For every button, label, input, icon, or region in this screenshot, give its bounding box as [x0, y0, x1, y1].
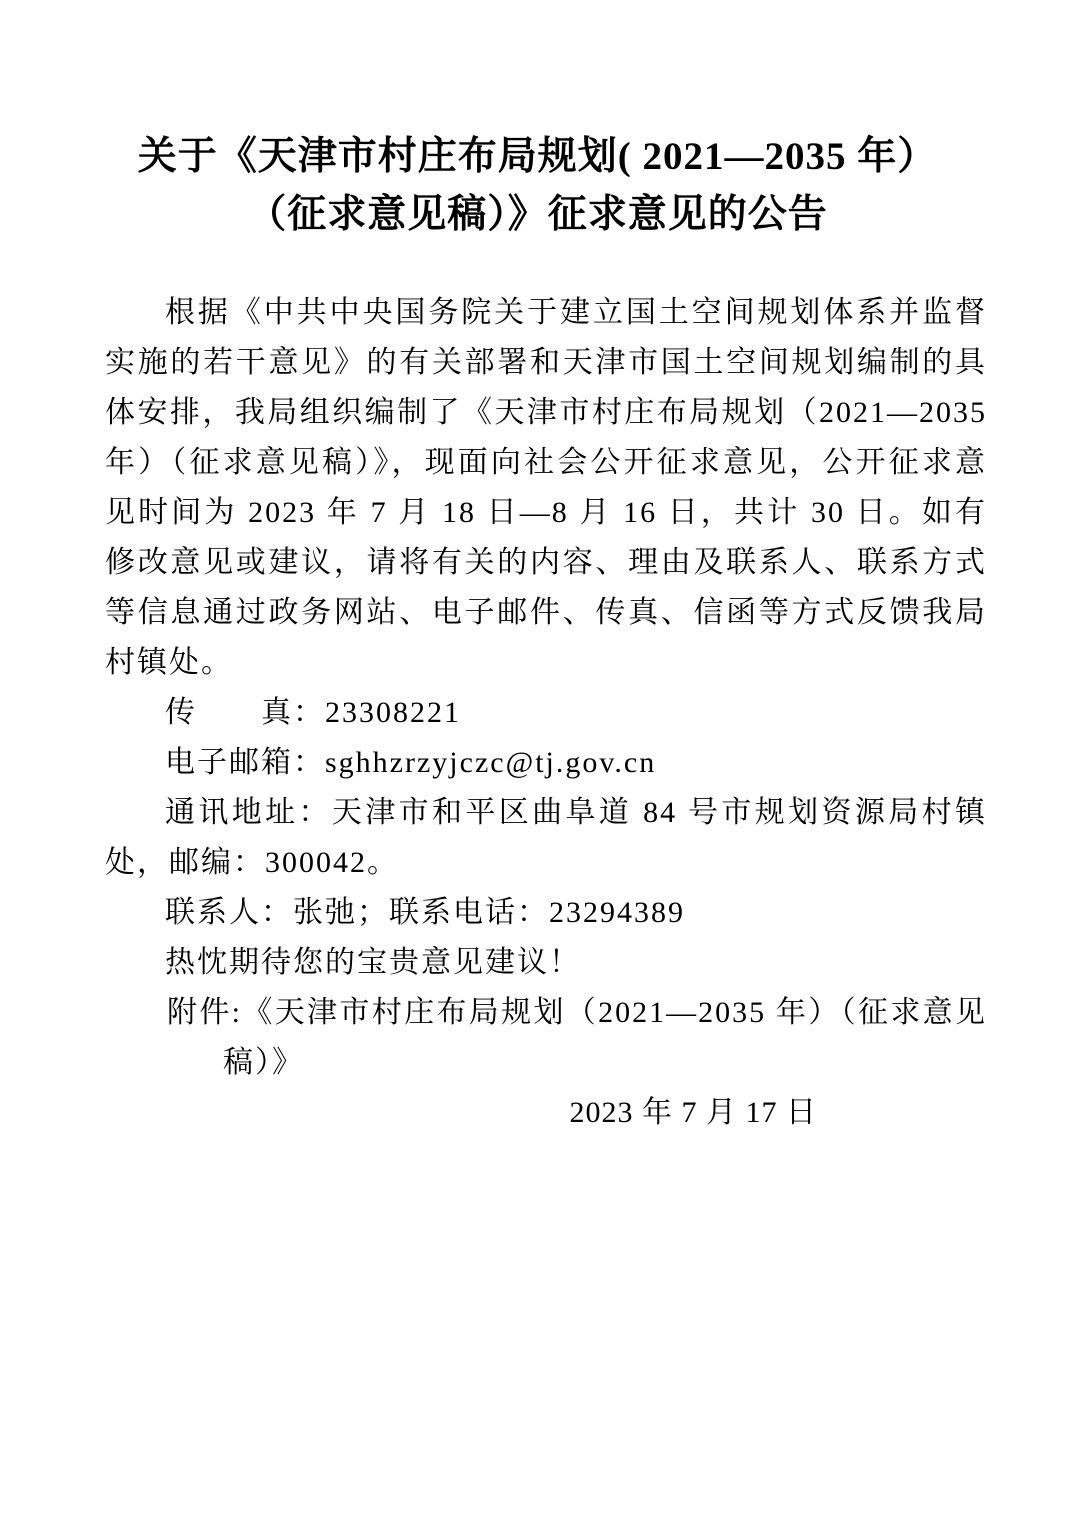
page-title: 关于《天津市村庄布局规划( 2021—2035 年） （征求意见稿）》征求意见的…: [0, 0, 1075, 244]
address-line: 通讯地址：天津市和平区曲阜道 84 号市规划资源局村镇处，邮编：300042。: [105, 788, 987, 888]
fax-label: 传 真：: [165, 696, 325, 729]
contact-line: 联系人：张弛；联系电话：23294389: [105, 888, 987, 938]
attachment-line: 附件:《天津市村庄布局规划（2021—2035 年）（征求意见稿）》: [105, 988, 987, 1088]
closing-line: 热忱期待您的宝贵意见建议！: [105, 938, 987, 988]
contact-phone-value: 23294389: [549, 896, 685, 929]
signature-date: 2023 年 7 月 17 日: [105, 1088, 987, 1138]
address-label: 通讯地址：: [165, 796, 332, 829]
contact-name: 张弛；: [293, 896, 389, 929]
fax-value: 23308221: [325, 696, 461, 729]
intro-paragraph: 根据《中共中央国务院关于建立国土空间规划体系并监督实施的若干意见》的有关部署和天…: [105, 288, 987, 688]
document-body: 根据《中共中央国务院关于建立国土空间规划体系并监督实施的若干意见》的有关部署和天…: [105, 288, 987, 1138]
page-title-line-1: 关于《天津市村庄布局规划( 2021—2035 年）: [0, 128, 1075, 186]
email-label: 电子邮箱：: [165, 746, 325, 779]
fax-line: 传 真：23308221: [105, 688, 987, 738]
email-line: 电子邮箱：sghhzrzyjczc@tj.gov.cn: [105, 738, 987, 788]
announcement-page: 关于《天津市村庄布局规划( 2021—2035 年） （征求意见稿）》征求意见的…: [0, 0, 1075, 1520]
attachment-label: 附件:: [167, 996, 242, 1029]
page-title-line-2: （征求意见稿）》征求意见的公告: [0, 186, 1075, 244]
contact-label: 联系人：: [165, 896, 293, 929]
contact-phone-label: 联系电话：: [389, 896, 549, 929]
email-value: sghhzrzyjczc@tj.gov.cn: [325, 746, 656, 779]
attachment-value: 《天津市村庄布局规划（2021—2035 年）（征求意见稿）》: [223, 996, 987, 1079]
